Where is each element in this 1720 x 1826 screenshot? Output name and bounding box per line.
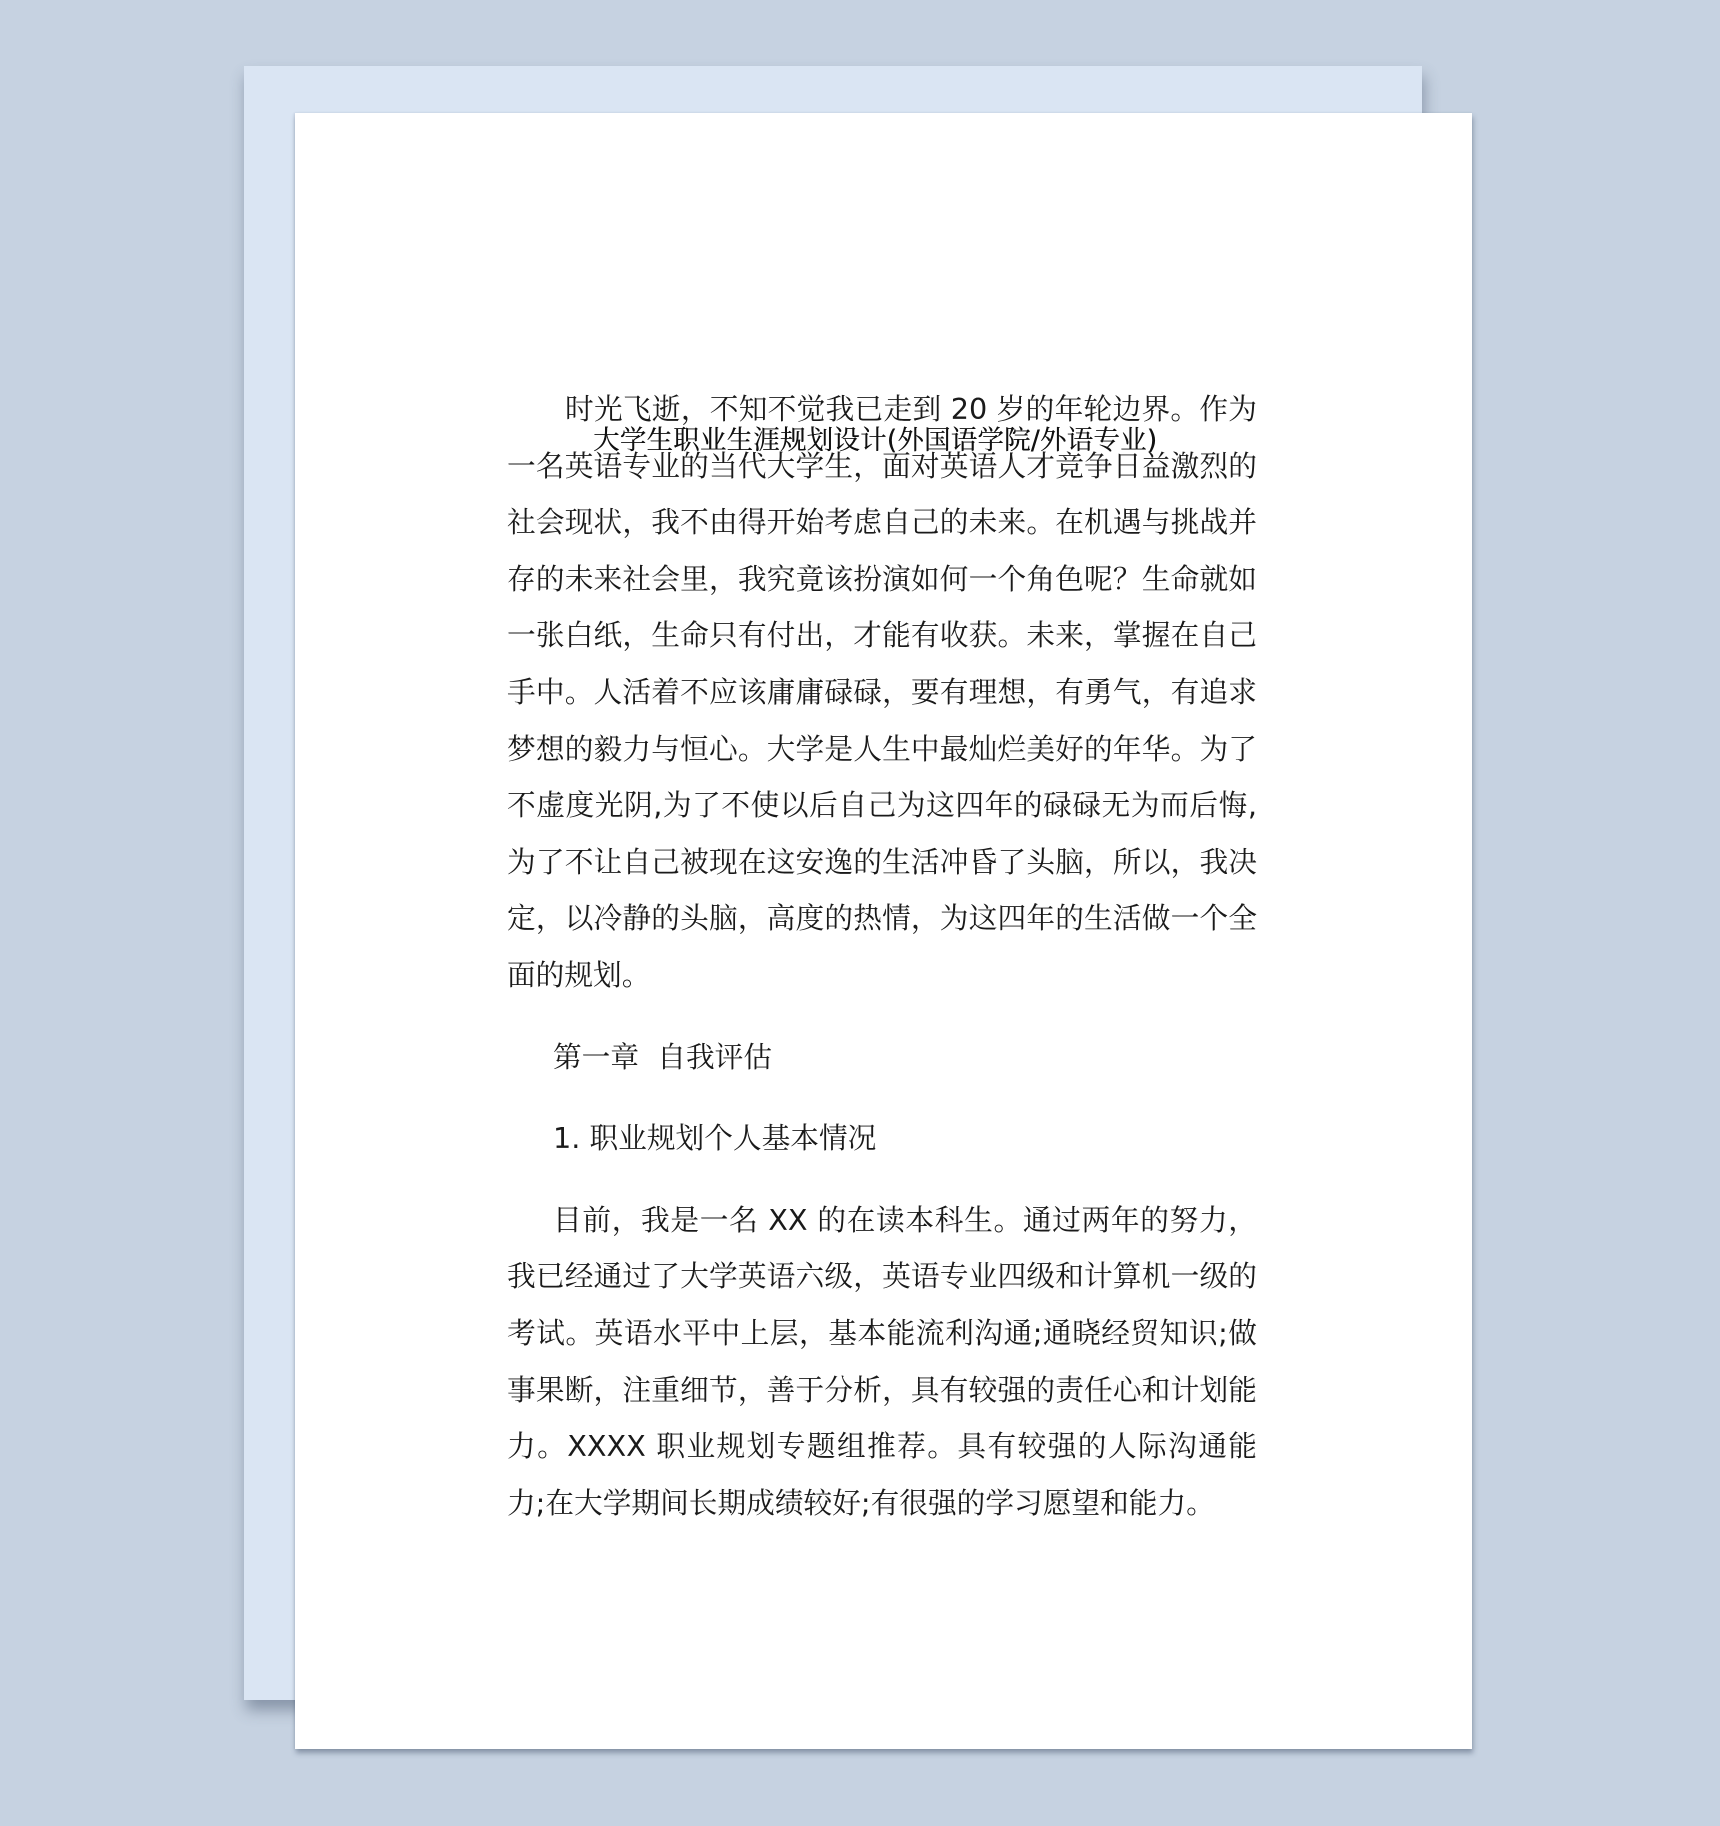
document-body: 时光飞逝，不知不觉我已走到 20 岁的年轮边界。作为一名英语专业的当代大学生，面…	[507, 381, 1257, 1531]
intro-paragraph: 时光飞逝，不知不觉我已走到 20 岁的年轮边界。作为一名英语专业的当代大学生，面…	[507, 381, 1257, 1004]
front-page-sheet: 大学生职业生涯规划设计(外国语学院/外语专业) 时光飞逝，不知不觉我已走到 20…	[295, 113, 1472, 1749]
self-assessment-paragraph: 目前，我是一名 XX 的在读本科生。通过两年的努力，我已经通过了大学英语六级，英…	[507, 1192, 1257, 1532]
chapter-heading: 第一章 自我评估	[507, 1029, 1257, 1086]
section-heading: 1. 职业规划个人基本情况	[507, 1110, 1257, 1167]
